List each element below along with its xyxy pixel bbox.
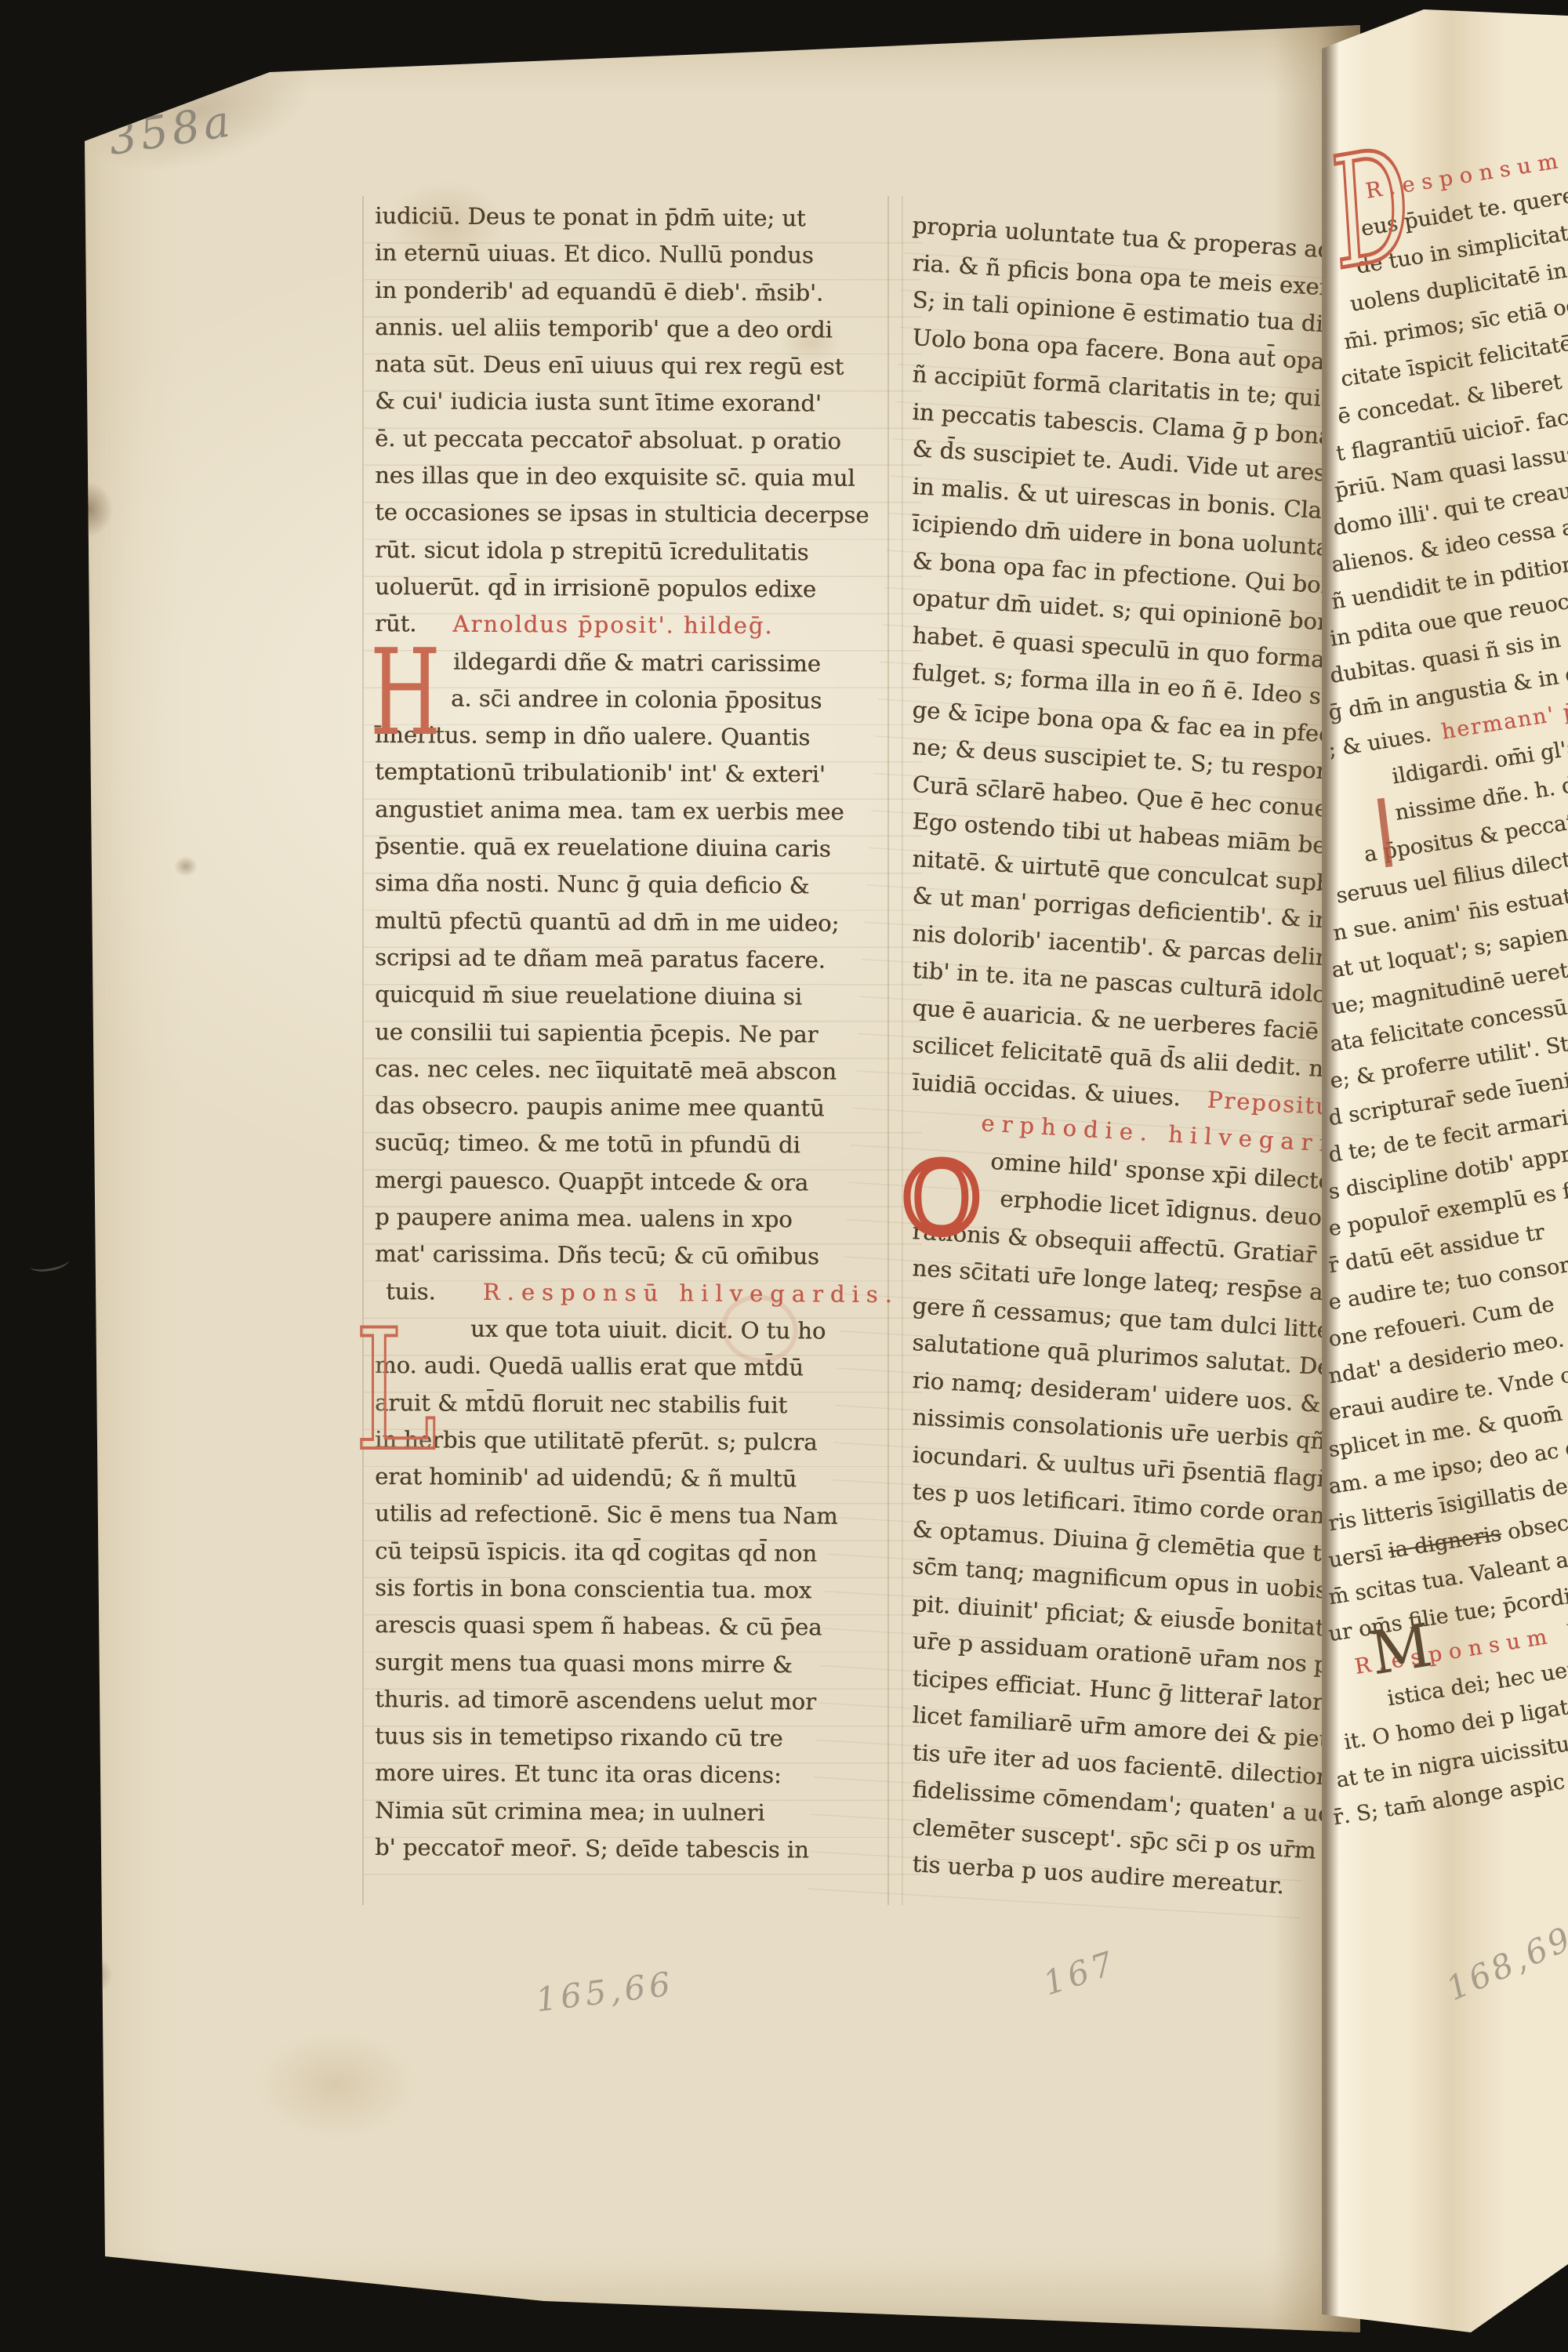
rubric-text: R.esponsū hilvegardis. xyxy=(483,1278,899,1307)
text-line: p paupere anima mea. ualens in xpo xyxy=(375,1203,916,1244)
text-line: tuus sis in temetipso rixando cū tre xyxy=(375,1722,916,1763)
manuscript-text: sucūq; timeo. & me totū in pfundū di xyxy=(375,1129,800,1158)
text-line: & cui' iudicia iusta sunt ītime exorand' xyxy=(375,387,916,428)
text-line: mergi pauesco. Quapp̄t intcede & ora xyxy=(375,1167,916,1207)
text-line: rūt.Arnoldus p̄posit'. hildeḡ. xyxy=(375,610,916,651)
text-column-left: iudiciū. Deus te ponat in p̄dm̄ uite; ut… xyxy=(375,202,916,1871)
manuscript-text: temptationū tribulationib' int' & exteri… xyxy=(375,758,826,788)
edge-spot-stain xyxy=(70,1956,113,1994)
text-line: te occasiones se ipsas in stulticia dece… xyxy=(375,499,916,539)
text-line: aruit & mt̄dū floruit nec stabilis fuit xyxy=(375,1389,916,1430)
rubric-text: Arnoldus p̄posit'. hildeḡ. xyxy=(452,611,773,639)
text-line: utilis ad refectionē. Sic ē mens tua Nam xyxy=(375,1500,916,1541)
text-line: īmeritus. semp in dño ualere. Quantis xyxy=(375,721,916,762)
manuscript-photo: 358a iudiciū. Deus te ponat in p̄dm̄ uit… xyxy=(0,0,1568,2352)
edge-spot-stain xyxy=(50,1509,93,1548)
folio-number-pencil: 358a xyxy=(105,96,237,165)
manuscript-text: p paupere anima mea. ualens in xpo xyxy=(375,1203,793,1232)
pencil-page-number-right: 167 xyxy=(1039,1943,1122,2002)
text-line: more uires. Et tunc ita oras dicens: xyxy=(375,1759,916,1800)
manuscript-text: a. sc̄i andree in colonia p̄positus xyxy=(451,684,822,713)
pencil-page-number-left: 165,66 xyxy=(534,1964,677,2019)
text-line: in eternū uiuas. Et dico. Nullū pondus xyxy=(375,239,916,280)
text-line: ildegardi dñe & matri carissime xyxy=(375,648,916,688)
manuscript-text: in herbis que utilitatē pferūt. s; pulcr… xyxy=(375,1426,818,1455)
text-line: erat hominib' ad uidendū; & ñ multū xyxy=(375,1463,916,1504)
text-line: iudiciū. Deus te ponat in p̄dm̄ uite; ut xyxy=(375,202,916,243)
text-line: Nimia sūt crimina mea; in uulneri xyxy=(375,1797,916,1838)
manuscript-text: rūt. sicut idola p strepitū īcredulitati… xyxy=(375,536,809,565)
manuscript-page-recto-edge: R.esponsum hilveeus p̄uidet te. querens … xyxy=(1322,0,1568,2352)
manuscript-text: erat hominib' ad uidendū; & ñ multū xyxy=(375,1463,797,1492)
text-line: thuris. ad timorē ascendens uelut mor xyxy=(375,1686,916,1726)
manuscript-text: & cui' iudicia iusta sunt ītime exorand' xyxy=(375,387,822,416)
bottom-stain xyxy=(254,2031,419,2140)
manuscript-text: mat' carissima. Dñs tecū; & cū om̄ibus xyxy=(375,1240,819,1269)
manuscript-text: more uires. Et tunc ita oras dicens: xyxy=(375,1759,782,1788)
manuscript-text: p̄sentie. quā ex reuelatione diuina cari… xyxy=(375,833,831,862)
margin-pencil-mark xyxy=(29,1253,71,1274)
illuminated-initial-L: L xyxy=(354,1308,437,1474)
manuscript-text: ē. ut peccata peccator̄ absoluat. p orat… xyxy=(375,425,841,455)
text-line: nata sūt. Deus enī uiuus qui rex regū es… xyxy=(375,350,916,391)
manuscript-text: thuris. ad timorē ascendens uelut mor xyxy=(375,1686,816,1715)
manuscript-text: cū teipsū īspicis. ita qd̄ cogitas qd̄ n… xyxy=(375,1537,817,1566)
manuscript-text: tuus sis in temetipso rixando cū tre xyxy=(375,1722,783,1751)
text-line: arescis quasi spem ñ habeas. & cū p̄ea xyxy=(375,1611,916,1652)
text-line: in herbis que utilitatē pferūt. s; pulcr… xyxy=(375,1426,916,1467)
manuscript-text: uoluerūt. qd̄ in irrisionē populos edixe xyxy=(375,573,816,602)
manuscript-text: iudiciū. Deus te ponat in p̄dm̄ uite; ut xyxy=(375,202,806,231)
text-line: sis fortis in bona conscientia tua. mox xyxy=(375,1574,916,1615)
vertical-ruling-line xyxy=(362,196,364,1905)
manuscript-text: arescis quasi spem ñ habeas. & cū p̄ea xyxy=(375,1611,822,1640)
text-line: mat' carissima. Dñs tecū; & cū om̄ibus xyxy=(375,1240,916,1281)
manuscript-text: nes illas que in deo exquisite sc̄. quia… xyxy=(375,462,855,492)
text-line: mo. audi. Quedā uallis erat que mt̄dū xyxy=(375,1352,916,1392)
text-line: tuis.R.esponsū hilvegardis. xyxy=(375,1278,916,1319)
manuscript-text: scripsi ad te dñam meā paratus facere. xyxy=(375,944,826,974)
text-line: sucūq; timeo. & me totū in pfundū di xyxy=(375,1129,916,1170)
text-column-recto: R.esponsum hilveeus p̄uidet te. querens … xyxy=(1322,187,1568,1845)
manuscript-page-verso: 358a iudiciū. Deus te ponat in p̄dm̄ uit… xyxy=(74,24,1360,2332)
manuscript-text: ildegardi dñe & matri carissime xyxy=(453,648,821,677)
text-line: ux que tota uiuit. dicit. O tu ho xyxy=(375,1315,916,1356)
edge-spot-stain xyxy=(64,482,113,537)
text-line: annis. uel aliis temporib' que a deo ord… xyxy=(375,314,916,354)
manuscript-text: te occasiones se ipsas in stulticia dece… xyxy=(375,499,869,528)
manuscript-text: quicquid m̄ siue reuelatione diuina si xyxy=(375,981,802,1010)
text-line: surgit mens tua quasi mons mirre & xyxy=(375,1649,916,1690)
manuscript-text: surgit mens tua quasi mons mirre & xyxy=(375,1649,793,1678)
illuminated-initial-O: O xyxy=(902,1151,982,1248)
manuscript-text: nata sūt. Deus enī uiuus qui rex regū es… xyxy=(375,350,844,380)
text-line: uoluerūt. qd̄ in irrisionē populos edixe xyxy=(375,573,916,614)
ink-spot xyxy=(174,856,198,877)
text-line: in ponderib' ad equandū ē dieb'. m̄sib'. xyxy=(375,277,916,318)
text-line: multū pfectū quantū ad dm̄ in me uideo; xyxy=(375,907,916,948)
illuminated-initial-H: H xyxy=(370,633,441,753)
text-line: cas. nec celes. nec īiquitatē meā abscon xyxy=(375,1055,916,1096)
text-line: das obsecro. paupis anime mee quantū xyxy=(375,1092,916,1133)
manuscript-text: in eternū uiuas. Et dico. Nullū pondus xyxy=(375,239,814,268)
manuscript-text: annis. uel aliis temporib' que a deo ord… xyxy=(375,314,833,343)
illuminated-initial-D: D xyxy=(1328,127,1414,292)
manuscript-text: sis fortis in bona conscientia tua. mox xyxy=(375,1574,811,1603)
text-line: nes illas que in deo exquisite sc̄. quia… xyxy=(375,462,916,503)
text-line: temptationū tribulationib' int' & exteri… xyxy=(375,758,916,799)
text-line: p̄sentie. quā ex reuelatione diuina cari… xyxy=(375,833,916,873)
text-line: ue consilii tui sapientia p̄cepis. Ne pa… xyxy=(375,1018,916,1059)
illuminated-initial-M: M xyxy=(1367,1615,1436,1683)
text-line: b' peccator̄ meor̄. S; deīde tabescis in xyxy=(375,1834,916,1875)
text-line: rūt. sicut idola p strepitū īcredulitati… xyxy=(375,536,916,577)
manuscript-text: utilis ad refectionē. Sic ē mens tua Nam xyxy=(375,1500,838,1530)
manuscript-text: angustiet anima mea. tam ex uerbis mee xyxy=(375,796,844,826)
manuscript-text: mergi pauesco. Quapp̄t intcede & ora xyxy=(375,1167,808,1196)
manuscript-text: b' peccator̄ meor̄. S; deīde tabescis in xyxy=(375,1834,809,1863)
manuscript-text: sima dña nosti. Nunc ḡ quia deficio & xyxy=(375,869,810,898)
manuscript-text: in ponderib' ad equandū ē dieb'. m̄sib'. xyxy=(375,277,823,306)
text-line: a. sc̄i andree in colonia p̄positus xyxy=(375,684,916,725)
text-line: angustiet anima mea. tam ex uerbis mee xyxy=(375,796,916,837)
manuscript-text: das obsecro. paupis anime mee quantū xyxy=(375,1092,825,1122)
text-line: cū teipsū īspicis. ita qd̄ cogitas qd̄ n… xyxy=(375,1537,916,1578)
text-line: scripsi ad te dñam meā paratus facere. xyxy=(375,944,916,985)
manuscript-text: cas. nec celes. nec īiquitatē meā abscon xyxy=(375,1055,837,1085)
photo-background: { "pencil": { "folio": "358a", "below_le… xyxy=(0,0,1568,2352)
manuscript-text: ue consilii tui sapientia p̄cepis. Ne pa… xyxy=(375,1018,818,1047)
manuscript-text: multū pfectū quantū ad dm̄ in me uideo; xyxy=(375,907,840,937)
text-line: quicquid m̄ siue reuelatione diuina si xyxy=(375,981,916,1022)
text-line: ē. ut peccata peccator̄ absoluat. p orat… xyxy=(375,425,916,466)
text-line: sima dña nosti. Nunc ḡ quia deficio & xyxy=(375,869,916,910)
manuscript-text: Nimia sūt crimina mea; in uulneri xyxy=(375,1797,765,1826)
